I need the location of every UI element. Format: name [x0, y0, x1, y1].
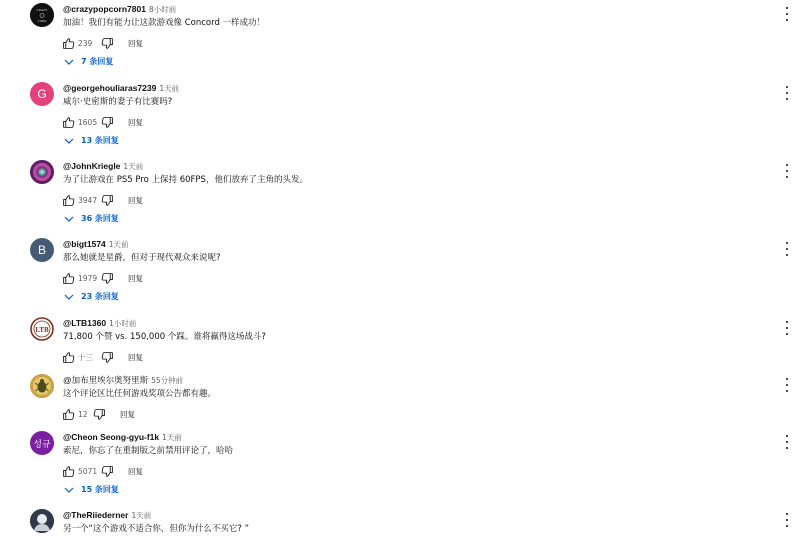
dislike-button[interactable]: [100, 350, 114, 364]
chevron-down-icon: [64, 58, 74, 66]
like-button[interactable]: [61, 36, 75, 50]
view-replies-button[interactable]: 36 条回复: [64, 213, 119, 224]
dislike-button[interactable]: [100, 36, 114, 50]
comment-actions: 1979 回复: [61, 271, 143, 285]
view-replies-button[interactable]: 13 条回复: [64, 135, 119, 146]
more-vert-icon: [786, 378, 788, 380]
reply-button[interactable]: 回复: [128, 352, 143, 363]
comment-text: 威尔·史密斯的妻子有比赛吗?: [63, 96, 172, 108]
svg-text:CORN: CORN: [38, 19, 48, 23]
thumb-down-icon: [101, 194, 114, 207]
replies-count-label: 15 条回复: [81, 484, 119, 495]
replies-count-label: 7 条回复: [81, 56, 113, 67]
like-count: 5071: [78, 467, 98, 476]
avatar-letter: G: [37, 87, 46, 101]
thumb-up-icon: [62, 408, 75, 421]
like-count: 12: [78, 410, 90, 419]
replies-count-label: 23 条回复: [81, 291, 119, 302]
reply-button[interactable]: 回复: [120, 409, 135, 420]
avatar[interactable]: [30, 509, 54, 533]
comment-header: @bigt15741天前: [63, 239, 129, 250]
more-vert-icon: [786, 7, 788, 9]
comment-actions: 1605 回复: [61, 115, 143, 129]
like-button[interactable]: [61, 271, 75, 285]
svg-text:CRAZY: CRAZY: [37, 8, 49, 12]
reply-button[interactable]: 回复: [128, 466, 143, 477]
comment-author[interactable]: @Cheon Seong-gyu-f1k: [63, 432, 159, 442]
crazy-corn-avatar-icon: CRAZY CORN: [30, 3, 54, 27]
svg-text:LTB: LTB: [35, 326, 49, 334]
like-button[interactable]: [61, 193, 75, 207]
comment-time[interactable]: 1小时前: [109, 319, 136, 328]
avatar[interactable]: 성규: [30, 431, 54, 455]
comment-time[interactable]: 1天前: [109, 240, 129, 249]
comment-time[interactable]: 8小时前: [149, 5, 176, 14]
more-vert-icon: [786, 164, 788, 166]
avatar[interactable]: [30, 160, 54, 184]
replies-count-label: 36 条回复: [81, 213, 119, 224]
comment-time[interactable]: 1天前: [123, 162, 143, 171]
reply-button[interactable]: 回复: [128, 195, 143, 206]
view-replies-button[interactable]: 23 条回复: [64, 291, 119, 302]
dislike-button[interactable]: [100, 464, 114, 478]
comment-actions: 3947 回复: [61, 193, 143, 207]
mandala-avatar-icon: [30, 160, 54, 184]
thumb-up-icon: [62, 351, 75, 364]
more-actions-button[interactable]: [784, 378, 790, 392]
thumb-down-icon: [93, 408, 106, 421]
comment-header: @crazypopcorn78018小时前: [63, 4, 176, 15]
thumb-down-icon: [101, 465, 114, 478]
more-actions-button[interactable]: [784, 321, 790, 335]
thumb-up-icon: [62, 272, 75, 285]
comment-author[interactable]: @加布里埃尔奥努里斯: [63, 375, 148, 385]
user-photo-avatar-icon: [30, 509, 54, 533]
comment-text: 加油！我们有能力让这款游戏像 Concord 一样成功！: [63, 17, 265, 29]
more-actions-button[interactable]: [784, 164, 790, 178]
comment-author[interactable]: @crazypopcorn7801: [63, 4, 146, 14]
comment-header: @JohnKriegle1天前: [63, 161, 143, 172]
thumb-up-icon: [62, 37, 75, 50]
thumb-up-icon: [62, 194, 75, 207]
comment-header: @TheRiiederner1天前: [63, 510, 151, 521]
thumb-up-icon: [62, 465, 75, 478]
comment-header: @georgehouliaras72391天前: [63, 83, 179, 94]
comment-text: 那么她就是星爵，但对于现代观众来说呢?: [63, 252, 221, 264]
like-count: 3947: [78, 196, 98, 205]
comment-header: @Cheon Seong-gyu-f1k1天前: [63, 432, 182, 443]
avatar[interactable]: CRAZY CORN: [30, 3, 54, 27]
comment-time[interactable]: 1天前: [162, 433, 182, 442]
comment-author[interactable]: @bigt1574: [63, 239, 106, 249]
more-vert-icon: [786, 435, 788, 437]
more-vert-icon: [786, 86, 788, 88]
dislike-button[interactable]: [92, 407, 106, 421]
comment-text: 71,800 个赞 vs. 150,000 个踩。谁将赢得这场战斗?: [63, 331, 266, 343]
thumb-up-icon: [62, 116, 75, 129]
comment-text: 为了让游戏在 PS5 Pro 上保持 60FPS，他们放弃了主角的头发。: [63, 174, 308, 186]
more-vert-icon: [786, 242, 788, 244]
comment-author[interactable]: @LTB1360: [63, 318, 106, 328]
avatar[interactable]: LTB: [30, 317, 54, 341]
view-replies-button[interactable]: 7 条回复: [64, 56, 113, 67]
more-actions-button[interactable]: [784, 513, 790, 527]
reply-button[interactable]: 回复: [128, 273, 143, 284]
comment-time[interactable]: 1天前: [131, 511, 151, 520]
dislike-button[interactable]: [100, 271, 114, 285]
comment-actions: 十三 回复: [61, 350, 143, 364]
more-actions-button[interactable]: [784, 86, 790, 100]
comment-text: 另一个“这个游戏不适合你，但你为什么不买它? ”: [63, 523, 249, 535]
scarab-avatar-icon: [30, 374, 54, 398]
avatar-letter: 성규: [33, 437, 50, 450]
comment-author[interactable]: @JohnKriegle: [63, 161, 120, 171]
reply-button[interactable]: 回复: [128, 38, 143, 49]
like-count: 十三: [78, 352, 98, 363]
dislike-button[interactable]: [100, 115, 114, 129]
more-vert-icon: [786, 513, 788, 515]
comment-actions: 239 回复: [61, 36, 143, 50]
avatar[interactable]: G: [30, 82, 54, 106]
chevron-down-icon: [64, 486, 74, 494]
comment-header: @加布里埃尔奥努里斯55分钟前: [63, 375, 183, 386]
comment-header: @LTB13601小时前: [63, 318, 136, 329]
comment-actions: 12 回复: [61, 407, 135, 421]
thumb-down-icon: [101, 272, 114, 285]
like-count: 239: [78, 39, 98, 48]
chevron-down-icon: [64, 137, 74, 145]
replies-count-label: 13 条回复: [81, 135, 119, 146]
more-actions-button[interactable]: [784, 435, 790, 449]
comment-time[interactable]: 1天前: [159, 84, 179, 93]
more-actions-button[interactable]: [784, 7, 790, 21]
comment-actions: 5071 回复: [61, 464, 143, 478]
view-replies-button[interactable]: 15 条回复: [64, 484, 119, 495]
more-vert-icon: [786, 321, 788, 323]
thumb-down-icon: [101, 116, 114, 129]
like-count: 1979: [78, 274, 98, 283]
dislike-button[interactable]: [100, 193, 114, 207]
like-count: 1605: [78, 118, 98, 127]
avatar-letter: B: [38, 243, 46, 257]
comment-time[interactable]: 55分钟前: [151, 376, 183, 385]
reply-button[interactable]: 回复: [128, 117, 143, 128]
comment-text: 索尼，你忘了在重制版之前禁用评论了，哈哈: [63, 445, 233, 457]
like-button[interactable]: [61, 350, 75, 364]
ltb-logo-avatar-icon: LTB: [30, 317, 54, 341]
comment-text: 这个评论区比任何游戏奖项公告都有趣。: [63, 388, 216, 400]
avatar[interactable]: [30, 374, 54, 398]
like-button[interactable]: [61, 115, 75, 129]
thumb-down-icon: [101, 37, 114, 50]
like-button[interactable]: [61, 407, 75, 421]
avatar[interactable]: B: [30, 238, 54, 262]
comment-author[interactable]: @TheRiiederner: [63, 510, 128, 520]
like-button[interactable]: [61, 464, 75, 478]
comment-author[interactable]: @georgehouliaras7239: [63, 83, 156, 93]
thumb-down-icon: [101, 351, 114, 364]
chevron-down-icon: [64, 215, 74, 223]
more-actions-button[interactable]: [784, 242, 790, 256]
chevron-down-icon: [64, 293, 74, 301]
